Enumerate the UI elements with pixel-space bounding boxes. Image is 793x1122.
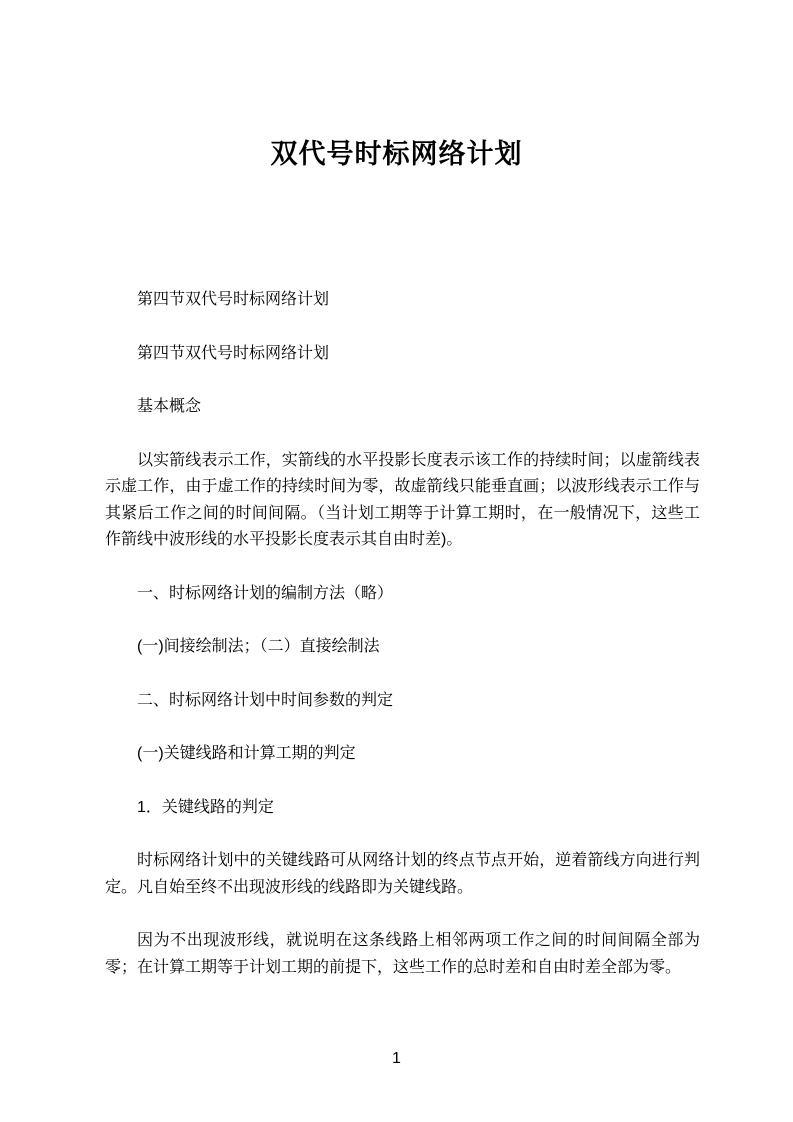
document-title: 双代号时标网络计划 [0,0,793,173]
document-page: 双代号时标网络计划 第四节双代号时标网络计划 第四节双代号时标网络计划 基本概念… [0,0,793,1122]
document-body: 第四节双代号时标网络计划 第四节双代号时标网络计划 基本概念 以实箭线表示工作，… [105,287,700,981]
paragraph-basic-concepts-body: 以实箭线表示工作，实箭线的水平投影长度表示该工作的持续时间；以虚箭线表示虚工作，… [105,448,700,554]
paragraph-wave-line-body: 因为不出现波形线，就说明在这条线路上相邻两项工作之间的时间间隔全部为零；在计算工… [105,928,700,981]
page-number: 1 [0,1046,793,1073]
list-item-drawing-methods: (一)间接绘制法；（二）直接绘制法 [105,634,700,661]
heading-compilation-method: 一、时标网络计划的编制方法（略） [105,581,700,608]
section-heading-line-1: 第四节双代号时标网络计划 [105,287,700,314]
subheading-critical-path-and-duration: (一)关键线路和计算工期的判定 [105,741,700,768]
subheading-basic-concepts: 基本概念 [105,394,700,421]
section-heading-line-2: 第四节双代号时标网络计划 [105,341,700,368]
subheading-critical-path-determination: 1．关键线路的判定 [105,795,700,822]
paragraph-critical-path-body: 时标网络计划中的关键线路可从网络计划的终点节点开始，逆着箭线方向进行判定。凡自始… [105,848,700,901]
heading-time-parameters: 二、时标网络计划中时间参数的判定 [105,688,700,715]
